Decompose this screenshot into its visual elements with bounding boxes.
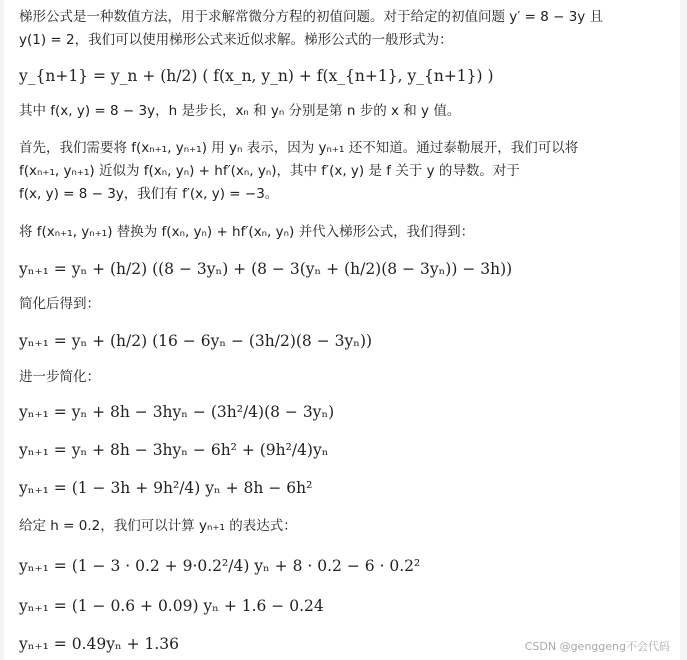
equation-numeric: yₙ₊₁ = (1 − 0.6 + 0.09) yₙ + 1.6 − 0.24 — [19, 591, 324, 621]
equation-expanded-2: yₙ₊₁ = yₙ + 8h − 3hyₙ − 6h² + (9h²/4)yₙ — [19, 435, 328, 465]
equation-expanded-1: yₙ₊₁ = yₙ + 8h − 3hyₙ − (3h²/4)(8 − 3yₙ) — [19, 397, 334, 427]
equation-final: yₙ₊₁ = 0.49yₙ + 1.36 — [19, 629, 179, 659]
simplify-label: 简化后得到： — [19, 294, 100, 314]
taylor-line-2: f(xₙ₊₁, yₙ₊₁) 近似为 f(xₙ, yₙ) + hf′(xₙ, yₙ… — [19, 161, 520, 181]
equation-collected: yₙ₊₁ = (1 − 3h + 9h²/4) yₙ + 8h − 6h² — [19, 473, 312, 503]
equation-simplified: yₙ₊₁ = yₙ + (h/2) (16 − 6yₙ − (3h/2)(8 −… — [19, 326, 372, 356]
document-page: 梯形公式是一种数值方法，用于求解常微分方程的初值问题。对于给定的初值问题 y′ … — [4, 0, 680, 660]
definition-text: 其中 f(x, y) = 8 − 3y，h 是步长，xₙ 和 yₙ 分别是第 n… — [19, 101, 460, 121]
given-h-text: 给定 h = 0.2，我们可以计算 yₙ₊₁ 的表达式： — [19, 516, 297, 536]
taylor-line-1: 首先，我们需要将 f(xₙ₊₁, yₙ₊₁) 用 yₙ 表示，因为 yₙ₊₁ 还… — [19, 138, 578, 158]
equation-substituted: yₙ₊₁ = yₙ + (h/2) ((8 − 3yₙ) + (8 − 3(yₙ… — [19, 254, 512, 284]
equation-trapezoid-general: y_{n+1} = y_n + (h/2) ( f(x_n, y_n) + f(… — [19, 61, 494, 91]
substitution-text: 将 f(xₙ₊₁, yₙ₊₁) 替换为 f(xₙ, yₙ) + hf′(xₙ, … — [19, 222, 474, 242]
further-simplify-label: 进一步简化： — [19, 367, 100, 387]
intro-line-1: 梯形公式是一种数值方法，用于求解常微分方程的初值问题。对于给定的初值问题 y′ … — [19, 7, 603, 27]
intro-line-2: y(1) = 2，我们可以使用梯形公式来近似求解。梯形公式的一般形式为： — [19, 30, 453, 50]
taylor-line-3: f(x, y) = 8 − 3y，我们有 f′(x, y) = −3。 — [19, 184, 278, 204]
equation-h-substituted: yₙ₊₁ = (1 − 3 · 0.2 + 9·0.2²/4) yₙ + 8 ·… — [19, 551, 420, 581]
csdn-watermark: CSDN @genggeng不会代码 — [525, 638, 670, 654]
